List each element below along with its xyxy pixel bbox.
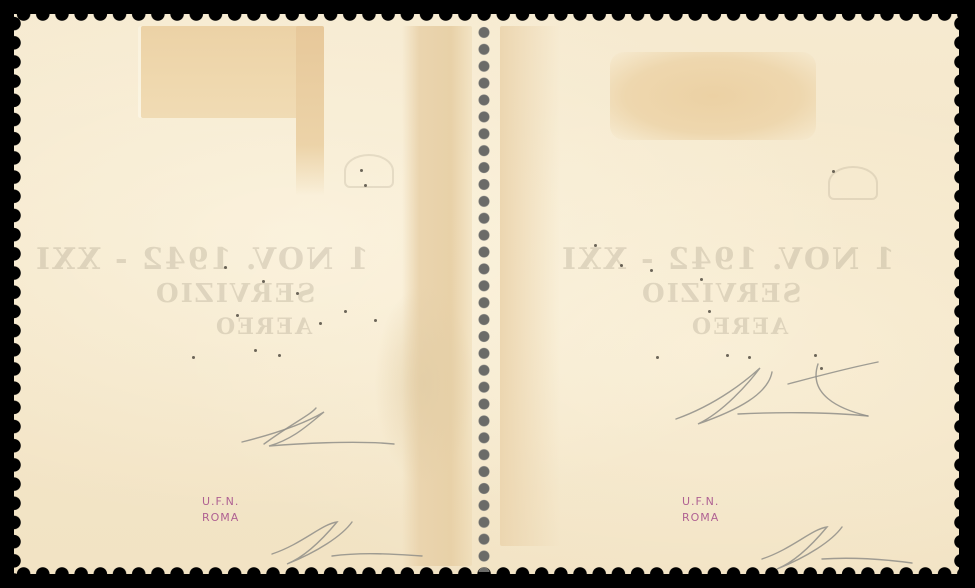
hinge-remnant [610,52,816,140]
pencil-signature [668,354,898,454]
handstamp-line2: ROMA [202,510,239,526]
show-through-text-line3: AEREO [214,314,312,340]
ink-speckle [374,319,377,322]
center-perforations [478,24,490,572]
crown-emblem-ghost [344,154,394,188]
show-through-text-line1: 1 NOV. 1942 - XXI [560,242,895,277]
ink-speckle [236,314,239,317]
ink-speckle [224,266,227,269]
ink-speckle [708,310,711,313]
show-through-text-line1: 1 NOV. 1942 - XXI [34,242,369,277]
ink-speckle [296,292,299,295]
ink-speckle [319,322,322,325]
ink-speckle [594,244,597,247]
show-through-text-line2: SERVIZIO [154,279,315,309]
show-through-text-line2: SERVIZIO [640,279,801,309]
ink-speckle [650,269,653,272]
paper-stain [500,26,560,546]
show-through-text-line3: AEREO [690,314,788,340]
ink-speckle [262,280,265,283]
ink-speckle [832,170,835,173]
stamp-right: 1 NOV. 1942 - XXI SERVIZIO AEREO U.F.N. … [490,14,959,574]
ink-speckle [192,356,195,359]
pencil-signature [262,514,442,584]
stamp-left: 1 NOV. 1942 - XXI SERVIZIO AEREO U.F.N. … [14,14,478,574]
hinge-remnant [296,26,324,196]
ink-speckle [364,184,367,187]
ink-speckle [278,354,281,357]
handstamp-line2: ROMA [682,510,719,526]
ink-speckle [360,169,363,172]
hinge-remnant [138,26,304,118]
expertise-handstamp: U.F.N. ROMA [202,494,239,526]
ink-speckle [254,349,257,352]
crown-emblem-ghost [828,166,878,200]
ink-speckle [620,264,623,267]
expertise-handstamp: U.F.N. ROMA [682,494,719,526]
handstamp-line1: U.F.N. [682,494,719,510]
ink-speckle [656,356,659,359]
pencil-signature [234,394,404,464]
pencil-signature [752,519,932,588]
ink-speckle [344,310,347,313]
handstamp-line1: U.F.N. [202,494,239,510]
ink-speckle [700,278,703,281]
